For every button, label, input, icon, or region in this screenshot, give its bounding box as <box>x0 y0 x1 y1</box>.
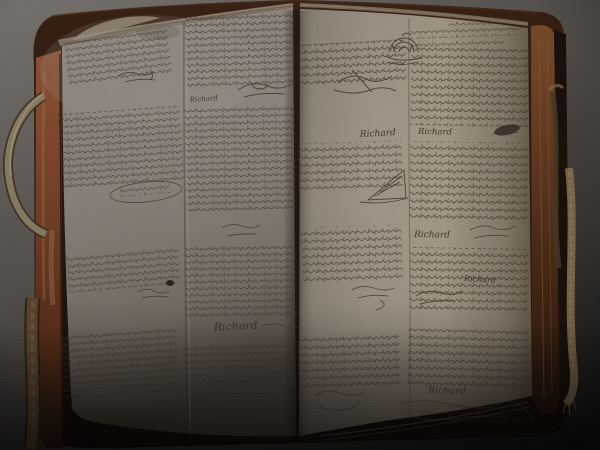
photo-open-register: Richard Richard Richard Richard <box>0 0 600 450</box>
book-illustration: Richard Richard Richard Richard <box>0 0 600 450</box>
bottom-shadow-overlay <box>0 0 600 450</box>
